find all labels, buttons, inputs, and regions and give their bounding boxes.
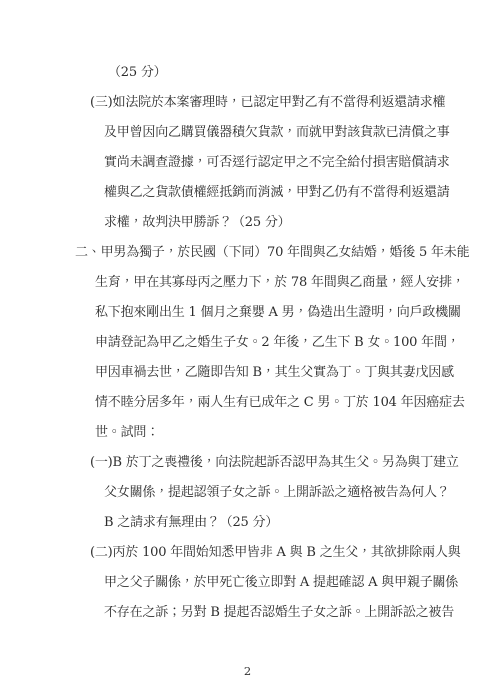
text-line: 甲之父子關係，於甲死亡後立即對 A 提起確認 A 與甲親子關係 — [0, 568, 495, 598]
text-line: 不存在之訴；另對 B 提起否認婚生子女之訴。上開訴訟之被告 — [0, 598, 495, 628]
text-line: B 之請求有無理由？（25 分） — [0, 508, 495, 538]
page-number: 2 — [0, 663, 495, 679]
text-line: 權與乙之貨款債權經抵銷而消滅，甲對乙仍有不當得利返還請 — [0, 178, 495, 208]
exam-paper-page: （25 分） (三)如法院於本案審理時，已認定甲對乙有不當得利返還請求權 及甲曾… — [0, 0, 495, 700]
text-line-score: （25 分） — [0, 58, 495, 88]
text-line: 私下抱來剛出生 1 個月之棄嬰 A 男，偽造出生證明，向戶政機關 — [0, 298, 495, 328]
text-line: 申請登記為甲乙之婚生子女。2 年後，乙生下 B 女。100 年間， — [0, 328, 495, 358]
text-line-item-2-start: (二)丙於 100 年間始知悉甲皆非 A 與 B 之生父，其欲排除兩人與 — [0, 538, 495, 568]
text-line-item-3-start: (三)如法院於本案審理時，已認定甲對乙有不當得利返還請求權 — [0, 88, 495, 118]
document-body: （25 分） (三)如法院於本案審理時，已認定甲對乙有不當得利返還請求權 及甲曾… — [0, 58, 495, 628]
text-line-question-2-start: 二、甲男為獨子，於民國（下同）70 年間與乙女結婚，婚後 5 年未能 — [0, 238, 495, 268]
text-line: 實尚未調查證據，可否逕行認定甲之不完全給付損害賠償請求 — [0, 148, 495, 178]
text-line: 及甲曾因向乙購買儀器積欠貨款，而就甲對該貨款已清償之事 — [0, 118, 495, 148]
text-line-item-1-start: (一)B 於丁之喪禮後，向法院起訴否認甲為其生父。另為與丁建立 — [0, 448, 495, 478]
text-line: 世。試問： — [0, 418, 495, 448]
text-line: 甲因車禍去世，乙隨即告知 B，其生父實為丁。丁與其妻戊因感 — [0, 358, 495, 388]
text-line: 求權，故判決甲勝訴？（25 分） — [0, 208, 495, 238]
text-line: 情不睦分居多年，兩人生有已成年之 C 男。丁於 104 年因癌症去 — [0, 388, 495, 418]
text-line: 生育，甲在其寡母丙之壓力下，於 78 年間與乙商量，經人安排， — [0, 268, 495, 298]
text-line: 父女關係，提起認領子女之訴。上開訴訟之適格被告為何人？ — [0, 478, 495, 508]
